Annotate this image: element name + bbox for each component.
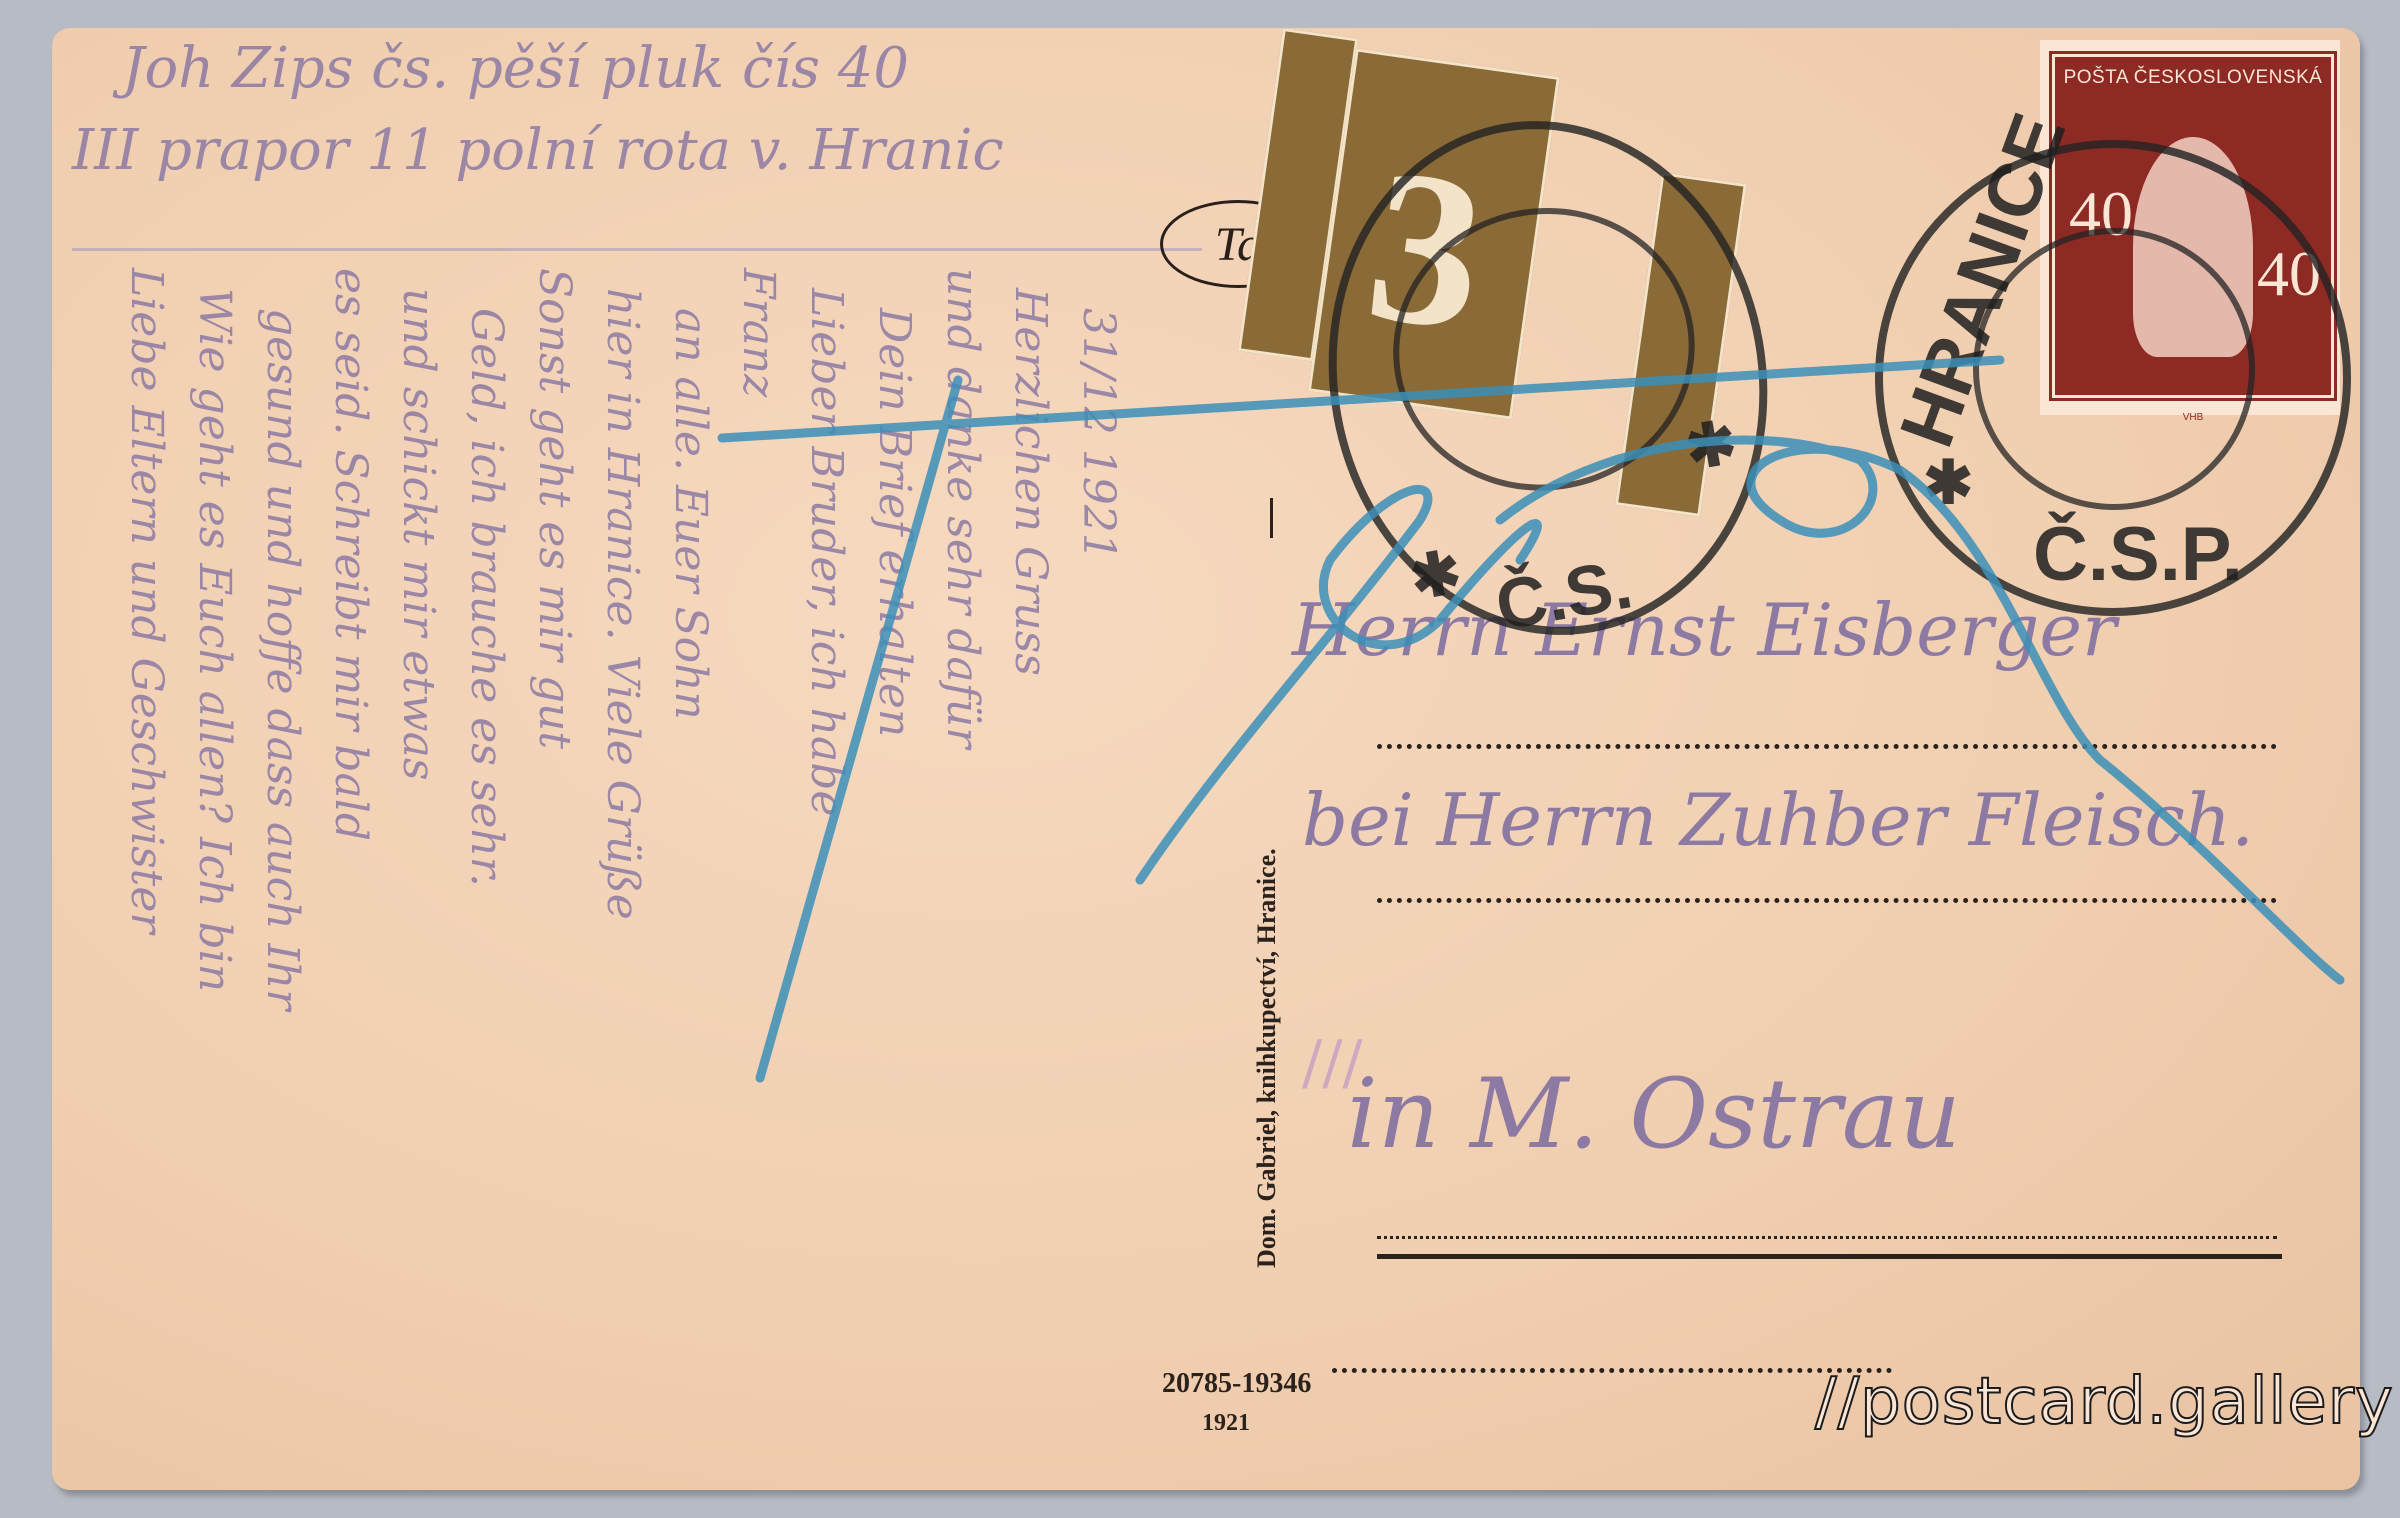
address-rule-solid	[1377, 1254, 2282, 1259]
address-line-3: in M. Ostrau	[1347, 1058, 1961, 1170]
address-rule-2	[1377, 898, 2277, 903]
print-code: 20785-19346	[1162, 1368, 1311, 1400]
message-column: Geld, ich brauche es sehr.	[461, 308, 512, 887]
message-column: Lieber Bruder, ich habe	[801, 288, 852, 816]
sender-line-1: Joh Zips čs. pěší pluk čís 40	[122, 36, 909, 101]
message-column: an alle. Euer Sohn	[665, 308, 716, 720]
postmark-hranice: HRANICE Č.S.P. ✱	[1875, 140, 2351, 616]
message-column: Dein Brief erhalten	[869, 308, 920, 737]
message-column: gesund und hoffe dass auch Ihr	[257, 308, 308, 1010]
star-icon: ✱	[1680, 407, 1742, 485]
stamp-inscription: POŠTA ČESKOSLOVENSKÁ	[2055, 67, 2331, 89]
address-rule-1	[1377, 744, 2277, 749]
star-icon: ✱	[1405, 537, 1467, 615]
star-icon: ✱	[1923, 448, 1973, 518]
message-column: Wie geht es Euch allen? Ich bin	[189, 288, 240, 992]
publisher-imprint: Dom. Gabriel, knihkupectví, Hranice.	[1252, 848, 1282, 1268]
divider-line	[1270, 498, 1273, 538]
watermark: //postcard.gallery	[1815, 1365, 2394, 1439]
message-column: Herzlichen Gruss	[1005, 288, 1056, 676]
violet-censor-mark: ///	[1302, 1028, 1363, 1098]
sender-line-2: III prapor 11 polní rota v. Hranic	[72, 118, 1004, 183]
message-column: es seid. Schreibt mir bald	[325, 268, 376, 841]
message-column: 31/12 1921	[1073, 308, 1124, 561]
message-column: Sonst geht es mir gut	[529, 268, 580, 749]
print-year: 1921	[1202, 1410, 1250, 1437]
postmark-country: Č.S.P.	[2033, 511, 2243, 598]
sender-underline	[72, 248, 1202, 251]
message-column: und schickt mir etwas	[393, 288, 444, 780]
address-rule-4	[1332, 1368, 1892, 1373]
message-column: und danke sehr dafür	[937, 268, 988, 748]
message-column: hier in Hranice. Viele Grüße	[597, 288, 648, 920]
message-column: Liebe Eltern und Geschwister	[121, 268, 172, 933]
message-column: Franz	[733, 268, 784, 397]
address-line-2: bei Herrn Zuhber Fleisch.	[1302, 778, 2254, 862]
address-rule-3	[1377, 1236, 2277, 1239]
